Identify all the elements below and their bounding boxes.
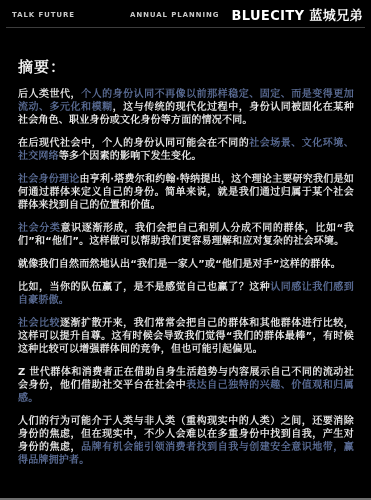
text-segment: 意识逐渐形成，我们会把自己和别人分成不同的群体，比如“我们”和“他们”。这样做可… xyxy=(18,223,354,247)
highlighted-text-segment: 社会比较 xyxy=(18,318,60,329)
paragraph-social-categorization: 社会分类意识逐渐形成，我们会把自己和别人分成不同的群体，比如“我们”和“他们”。… xyxy=(18,222,354,248)
header-center-label: ANNUAL PLANNING xyxy=(130,11,219,19)
paragraph-social-comparison: 社会比较逐渐扩散开来，我们常常会把自己的群体和其他群体进行比较，这样可以提升自尊… xyxy=(18,317,354,356)
paragraph-group-example: 就像我们自然而然地认出“我们是一家人”或“他们是对手”这样的群体。 xyxy=(18,258,354,271)
paragraph-team-win-example: 比如，当你的队伍赢了，是不是感觉自己也赢了？这种认同感让我们感到自豪骄傲。 xyxy=(18,281,354,307)
text-segment: 比如，当你的队伍赢了，是不是感觉自己也赢了？这种 xyxy=(18,282,270,293)
page-title: 摘要： xyxy=(18,58,354,76)
text-segment: 等多个因素的影响下发生变化。 xyxy=(59,151,202,162)
paragraph-posthuman-identity: 后人类世代，个人的身份认同不再像以前那样稳定、固定、而是变得更加流动、多元化和模… xyxy=(18,88,354,127)
paragraph-genz-consumers: Z 世代群体和消费者正在借助自身生活趋势与内容展示自己不同的流动社会身份，他们借… xyxy=(18,366,354,405)
paragraph-social-identity-theory: 社会身份理论由亨利·塔费尔和约翰·特纳提出，这个理论主要研究我们是如何通过群体来… xyxy=(18,173,354,212)
text-segment: 在后现代社会中，个人的身份认同可能会在不同的 xyxy=(18,138,249,149)
text-segment: 就像我们自然而然地认出“我们是一家人”或“他们是对手”这样的群体。 xyxy=(18,259,341,270)
paragraph-postmodern-society: 在后现代社会中，个人的身份认同可能会在不同的社会场景、文化环境、社交网络等多个因… xyxy=(18,137,354,163)
header-divider xyxy=(6,27,365,28)
summary-content: 摘要： 后人类世代，个人的身份认同不再像以前那样稳定、固定、而是变得更加流动、多… xyxy=(18,58,354,477)
header-left-label: TALK FUTURE xyxy=(12,11,75,19)
header: TALK FUTURE ANNUAL PLANNING BLUECITY 蓝城兄… xyxy=(0,0,371,28)
text-segment: 逐渐扩散开来，我们常常会把自己的群体和其他群体进行比较，这样可以提升自尊。这有时… xyxy=(18,318,354,355)
highlighted-text-segment: 社会身份理论 xyxy=(18,174,80,185)
paragraph-brand-opportunity: 人们的行为可能介于人类与非人类（重构现实中的人类）之间，还要消除身份的焦虑，但在… xyxy=(18,415,354,467)
brand-logo: BLUECITY 蓝城兄弟 xyxy=(231,5,363,24)
text-segment: 后人类世代， xyxy=(18,89,81,100)
highlighted-text-segment: 社会分类 xyxy=(18,223,60,234)
slide-page: TALK FUTURE ANNUAL PLANNING BLUECITY 蓝城兄… xyxy=(0,0,371,500)
